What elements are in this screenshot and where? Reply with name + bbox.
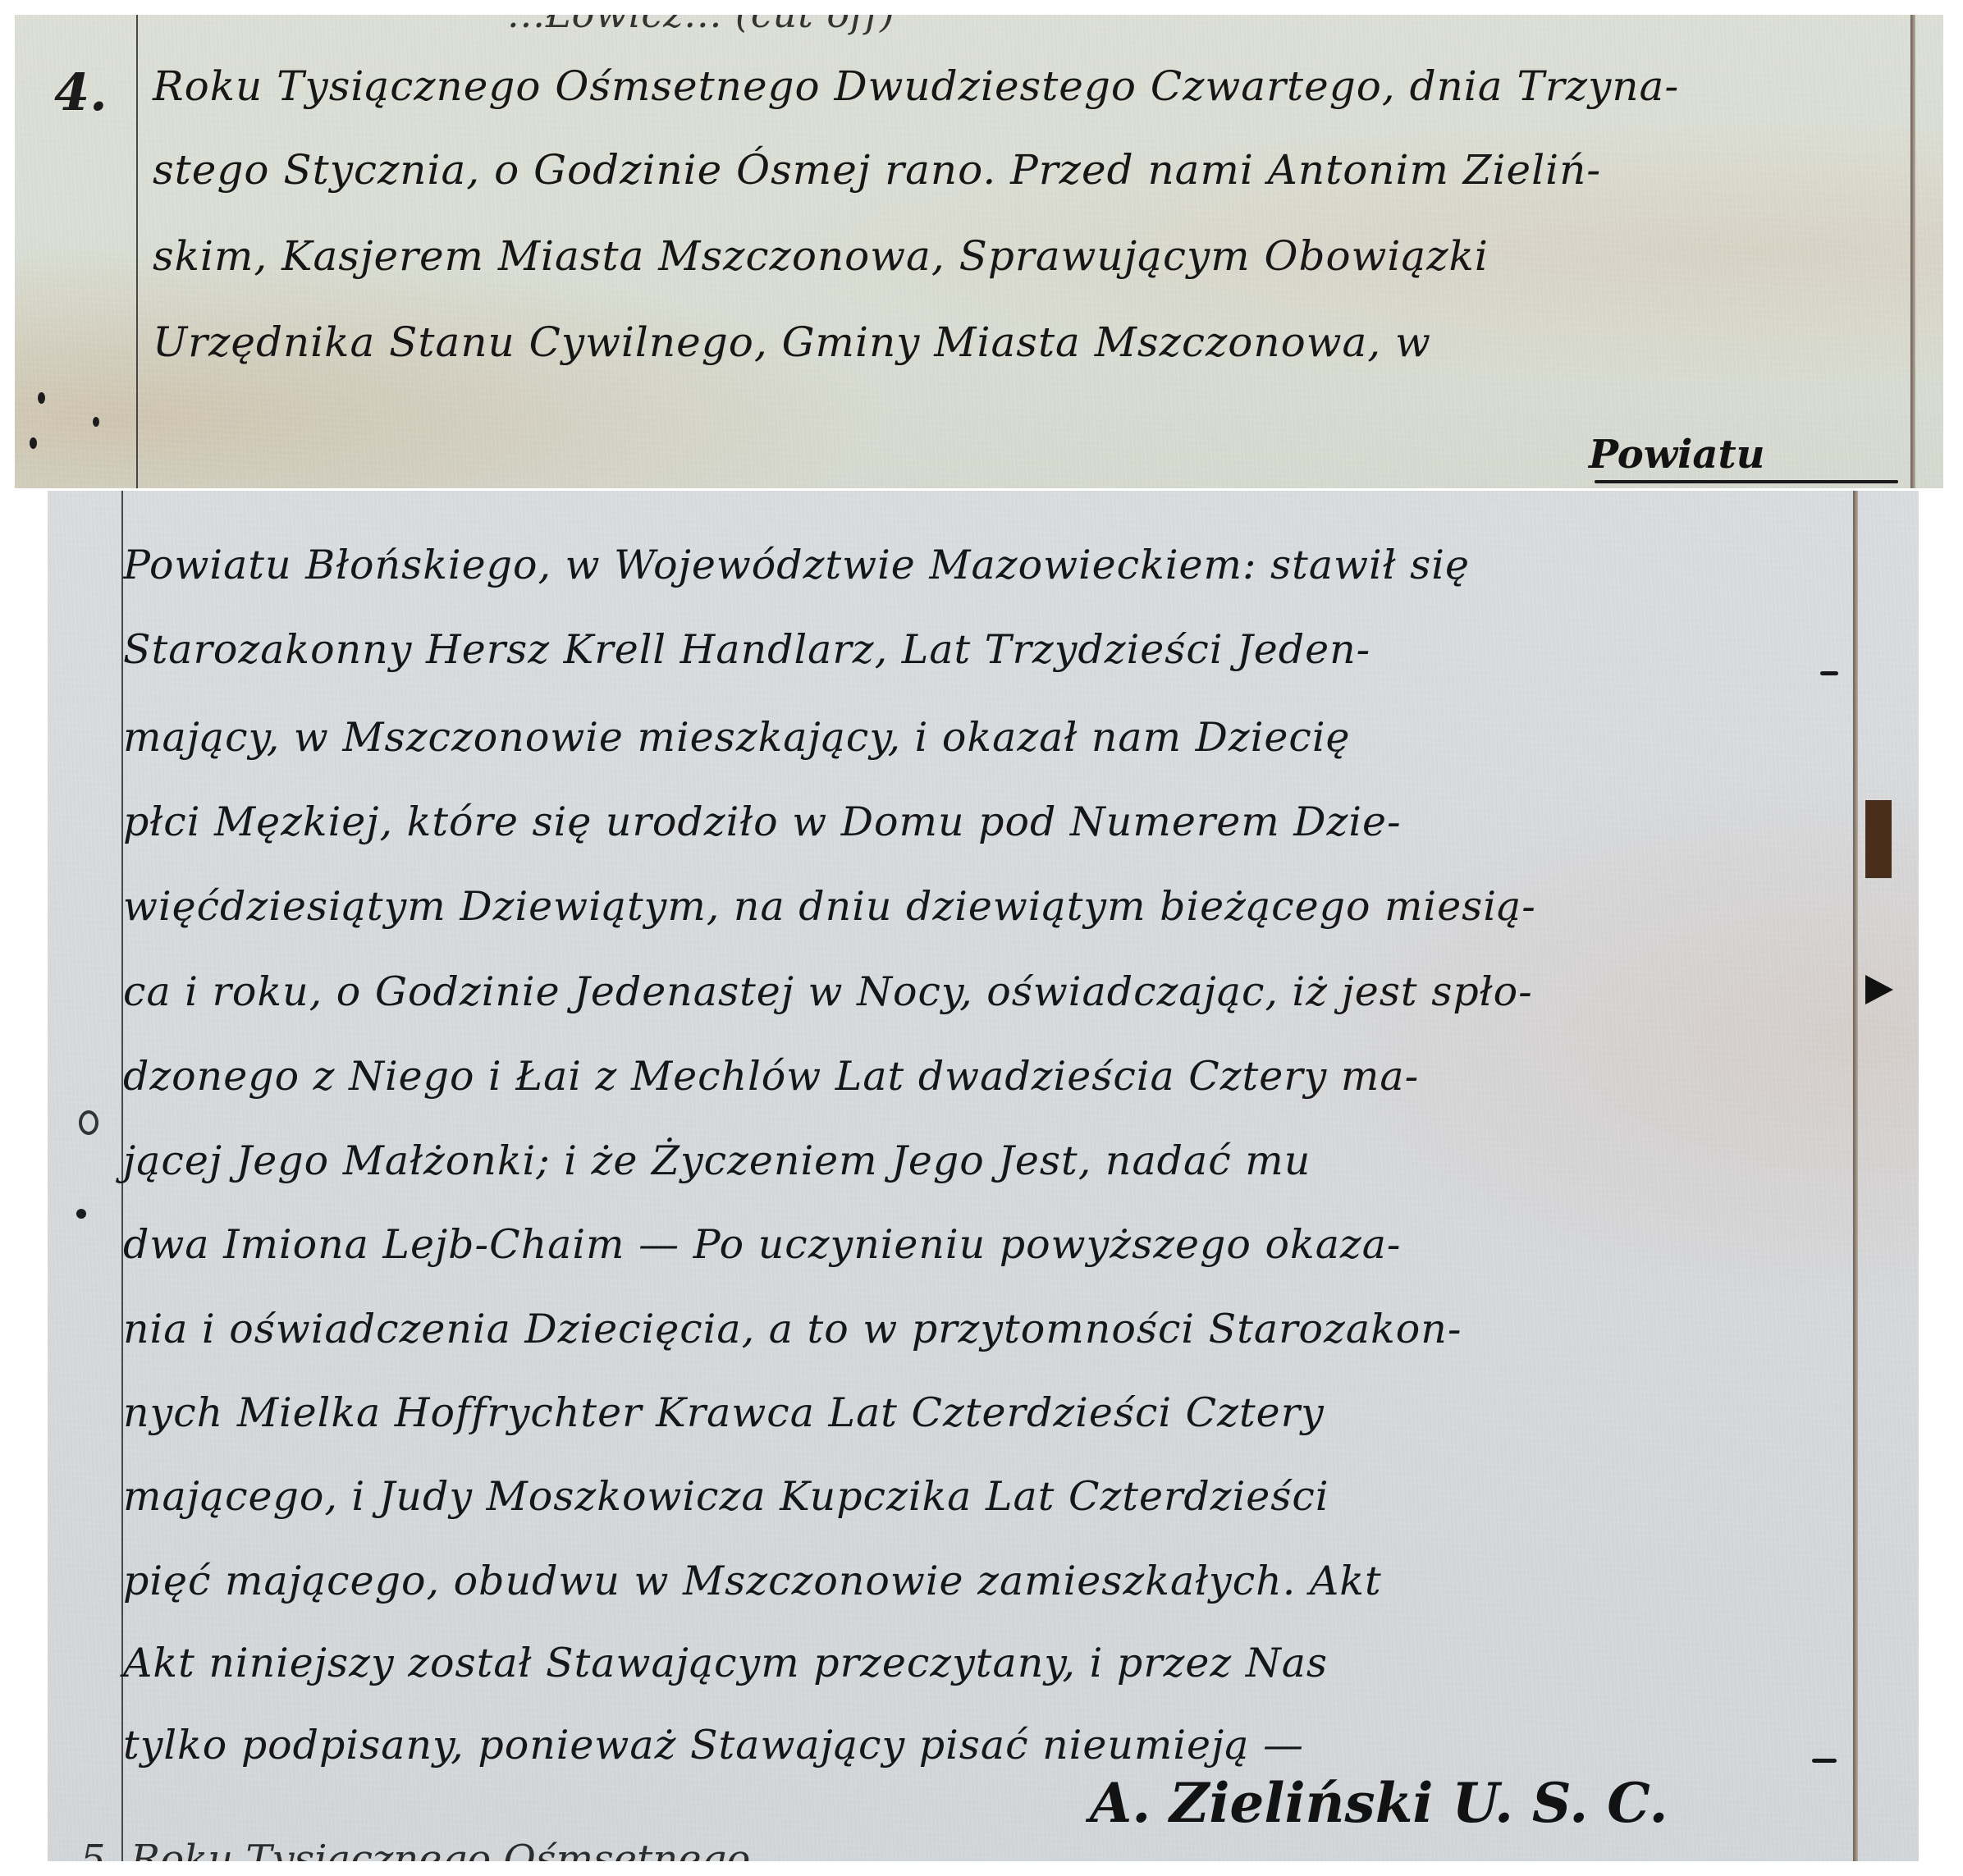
record-line-1: Roku Tysiącznego Ośmsetnego Dwudziestego… <box>153 62 1679 110</box>
index-tab-stain <box>1865 800 1892 878</box>
record-line-16: mającego, i Judy Moszkowicza Kupczika La… <box>123 1473 1329 1520</box>
record-line-9: więćdziesiątym Dziewiątym, na dniu dziew… <box>123 883 1536 930</box>
ink-speck <box>30 437 37 449</box>
record-line-14: nia i oświadczenia Dziecięcia, a to w pr… <box>123 1306 1462 1352</box>
next-entry-partial: 5. Roku Tysiącznego Ośmsetnego... <box>80 1837 787 1861</box>
margin-dot <box>76 1209 86 1219</box>
margin-ring-mark <box>79 1110 98 1135</box>
record-line-3: skim, Kasjerem Miasta Mszczonowa, Sprawu… <box>153 232 1489 280</box>
binding-edge <box>1853 491 1858 1861</box>
binding-edge <box>1910 15 1915 488</box>
record-line-19: tylko podpisany, ponieważ Stawający pisa… <box>123 1722 1304 1768</box>
record-line-13: dwa Imiona Lejb-Chaim — Po uczynieniu po… <box>123 1221 1402 1268</box>
record-line-8: płci Męzkiej, które się urodziło w Domu … <box>123 798 1402 845</box>
register-scan-top: ...Łowicz... (cut off) 4. Roku Tysiączne… <box>15 15 1943 488</box>
record-line-15: nych Mielka Hoffrychter Krawca Lat Czter… <box>123 1389 1325 1436</box>
page-edge-marker <box>1865 975 1893 1004</box>
catchword-underline <box>1595 480 1898 483</box>
ink-speck <box>93 417 99 427</box>
entry-number: 4. <box>54 62 108 122</box>
record-line-10: ca i roku, o Godzinie Jedenastej w Nocy,… <box>123 968 1533 1015</box>
record-line-12: jącej Jego Małżonki; i że Życzeniem Jego… <box>123 1137 1311 1184</box>
registrar-signature: A. Zieliński U. S. C. <box>1090 1771 1668 1835</box>
line-dash <box>1812 1759 1837 1763</box>
record-line-17: pięć mającego, obudwu w Mszczonowie zami… <box>123 1558 1382 1604</box>
register-scan-bottom: Powiatu Błońskiego, w Województwie Mazow… <box>48 491 1919 1861</box>
record-line-18: Akt niniejszy został Stawającym przeczyt… <box>123 1640 1328 1686</box>
record-line-11: dzonego z Niego i Łai z Mechlów Lat dwad… <box>123 1053 1419 1100</box>
record-line-2: stego Stycznia, o Godzinie Ósmej rano. P… <box>153 146 1601 194</box>
ink-speck <box>38 392 45 404</box>
record-line-6: Starozakonny Hersz Krell Handlarz, Lat T… <box>123 626 1370 673</box>
line-dash <box>1820 671 1838 675</box>
catchword: Powiatu <box>1589 432 1765 478</box>
left-margin-rule <box>136 15 138 488</box>
record-line-7: mający, w Mszczonowie mieszkający, i oka… <box>123 714 1351 761</box>
record-line-5: Powiatu Błońskiego, w Województwie Mazow… <box>123 542 1470 588</box>
header-partial: ...Łowicz... (cut off) <box>507 15 895 36</box>
record-line-4: Urzędnika Stanu Cywilnego, Gminy Miasta … <box>153 318 1431 366</box>
